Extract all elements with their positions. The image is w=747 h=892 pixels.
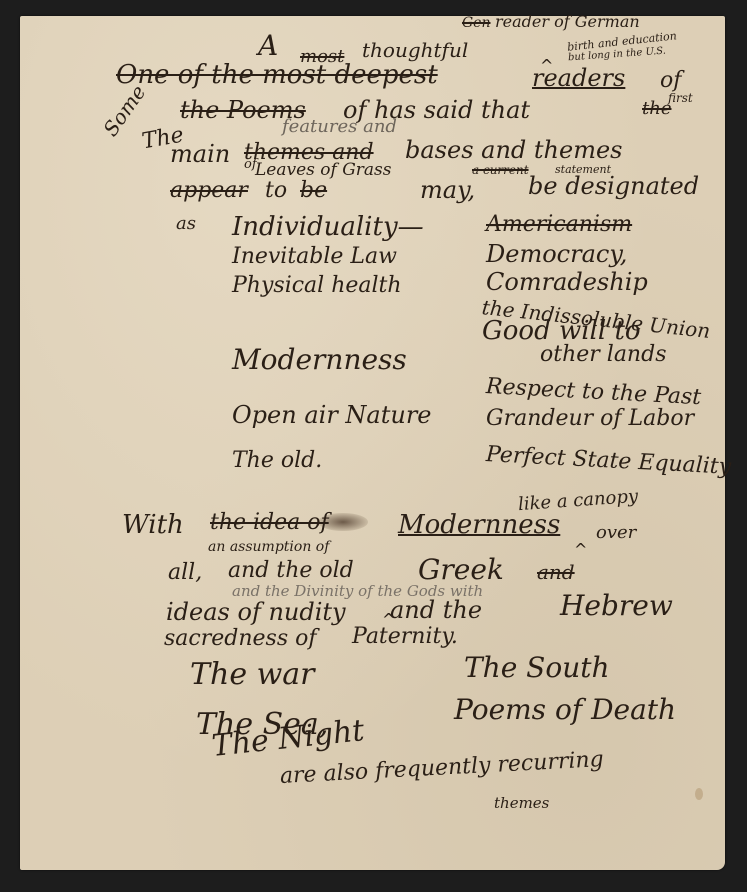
- theme-individuality: Individuality—: [232, 214, 424, 240]
- as: as: [176, 215, 196, 233]
- theme-the-war: The war: [190, 660, 315, 690]
- struck-gen: Gen: [462, 16, 491, 30]
- over: over: [596, 524, 636, 542]
- theme-grandeur-labor: Grandeur of Labor: [486, 408, 694, 430]
- pencil-features-and: features and: [282, 118, 397, 136]
- theme-physical-health: Physical health: [232, 275, 402, 297]
- ideas-of-nudity: ideas of nudity: [166, 600, 346, 624]
- to: to: [265, 180, 287, 202]
- all: all,: [168, 562, 202, 584]
- paternity: Paternity.: [352, 626, 458, 648]
- theme-modernness: Modernness: [232, 346, 407, 374]
- bases-and-themes: bases and themes: [405, 138, 622, 162]
- struck-a-current: a current: [472, 164, 529, 176]
- themes-word: themes: [494, 796, 549, 811]
- paper-stain: [695, 788, 703, 800]
- struck-one-of-the-most-deepest: One of the most deepest: [116, 62, 438, 88]
- caret-mark: ^: [574, 540, 587, 559]
- struck-appear: appear: [170, 180, 248, 202]
- theme-democracy: Democracy,: [486, 242, 627, 266]
- main: main: [170, 142, 230, 166]
- theme-inevitable-law: Inevitable Law: [232, 246, 397, 268]
- insert-a: A: [258, 32, 278, 60]
- struck-and: and: [537, 562, 575, 582]
- and-the-old: and the old: [228, 560, 354, 582]
- may: may,: [420, 178, 475, 202]
- insert-reader-of-german: reader of German: [495, 14, 640, 30]
- theme-comradeship: Comradeship: [486, 270, 648, 294]
- leaves-of-grass: Leaves of Grass: [255, 162, 392, 179]
- and-the: and the: [390, 598, 482, 622]
- struck-be: be: [300, 180, 327, 202]
- scan-background: A Gen reader of German birth and educati…: [0, 0, 747, 892]
- insert-an-assumption-of: an assumption of: [208, 540, 329, 554]
- theme-good-will: Good will to: [482, 318, 641, 344]
- struck-the-idea-of: the idea of: [210, 512, 329, 534]
- theme-americanism: Americanism: [486, 214, 632, 236]
- theme-other-lands: other lands: [540, 344, 666, 366]
- theme-poems-of-death: Poems of Death: [454, 696, 676, 724]
- with: With: [122, 512, 184, 538]
- insert-first: first: [668, 92, 693, 104]
- insert-thoughtful: thoughtful: [362, 40, 468, 60]
- greek: Greek: [418, 556, 504, 584]
- be-designated: be designated: [528, 174, 699, 198]
- modernness: Modernness: [398, 512, 560, 538]
- theme-open-air-nature: Open air Nature: [232, 403, 432, 427]
- theme-the-south: The South: [464, 654, 610, 682]
- readers: readers: [532, 66, 625, 90]
- theme-the-old: The old.: [232, 450, 322, 472]
- sacredness-of: sacredness of: [164, 628, 317, 650]
- of: of: [660, 70, 681, 92]
- hebrew: Hebrew: [560, 592, 673, 620]
